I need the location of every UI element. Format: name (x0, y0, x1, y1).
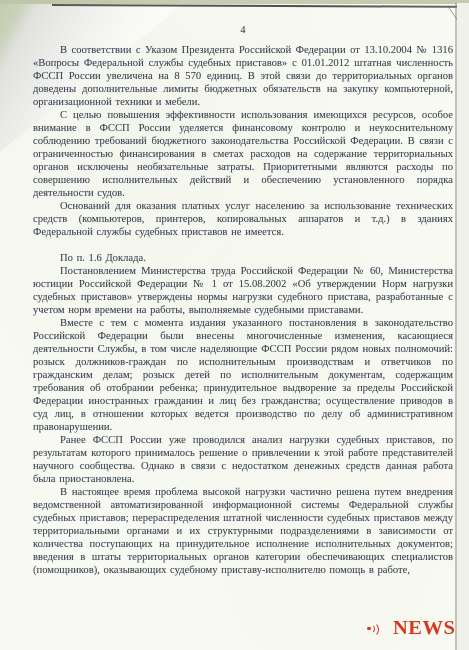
document-body: 4 В соответствии с Указом Президента Рос… (33, 24, 453, 577)
paragraph: С целью повышения эффективности использо… (33, 109, 453, 200)
paragraph: Вместе с тем с момента издания указанног… (33, 317, 453, 434)
paragraph: Постановлением Министерства труда Россий… (33, 265, 453, 317)
scanned-document-page: 4 В соответствии с Указом Президента Рос… (0, 0, 469, 650)
news-watermark-label: NEWS (393, 617, 455, 640)
news-watermark: NEWS (366, 614, 458, 642)
scanner-right-strip (457, 3, 469, 650)
paragraph: Оснований для оказания платных услуг нас… (33, 200, 453, 239)
section-heading-paragraph: По п. 1.6 Доклада. (33, 252, 453, 265)
paragraph: В настоящее время проблема высокой нагру… (33, 486, 453, 577)
paragraph: В соответствии с Указом Президента Росси… (33, 44, 453, 109)
page-right-edge-shadow (455, 3, 457, 650)
paragraph: Ранее ФССП России уже проводился анализ … (33, 434, 453, 486)
page-number: 4 (33, 24, 453, 37)
broadcast-icon (366, 621, 381, 635)
